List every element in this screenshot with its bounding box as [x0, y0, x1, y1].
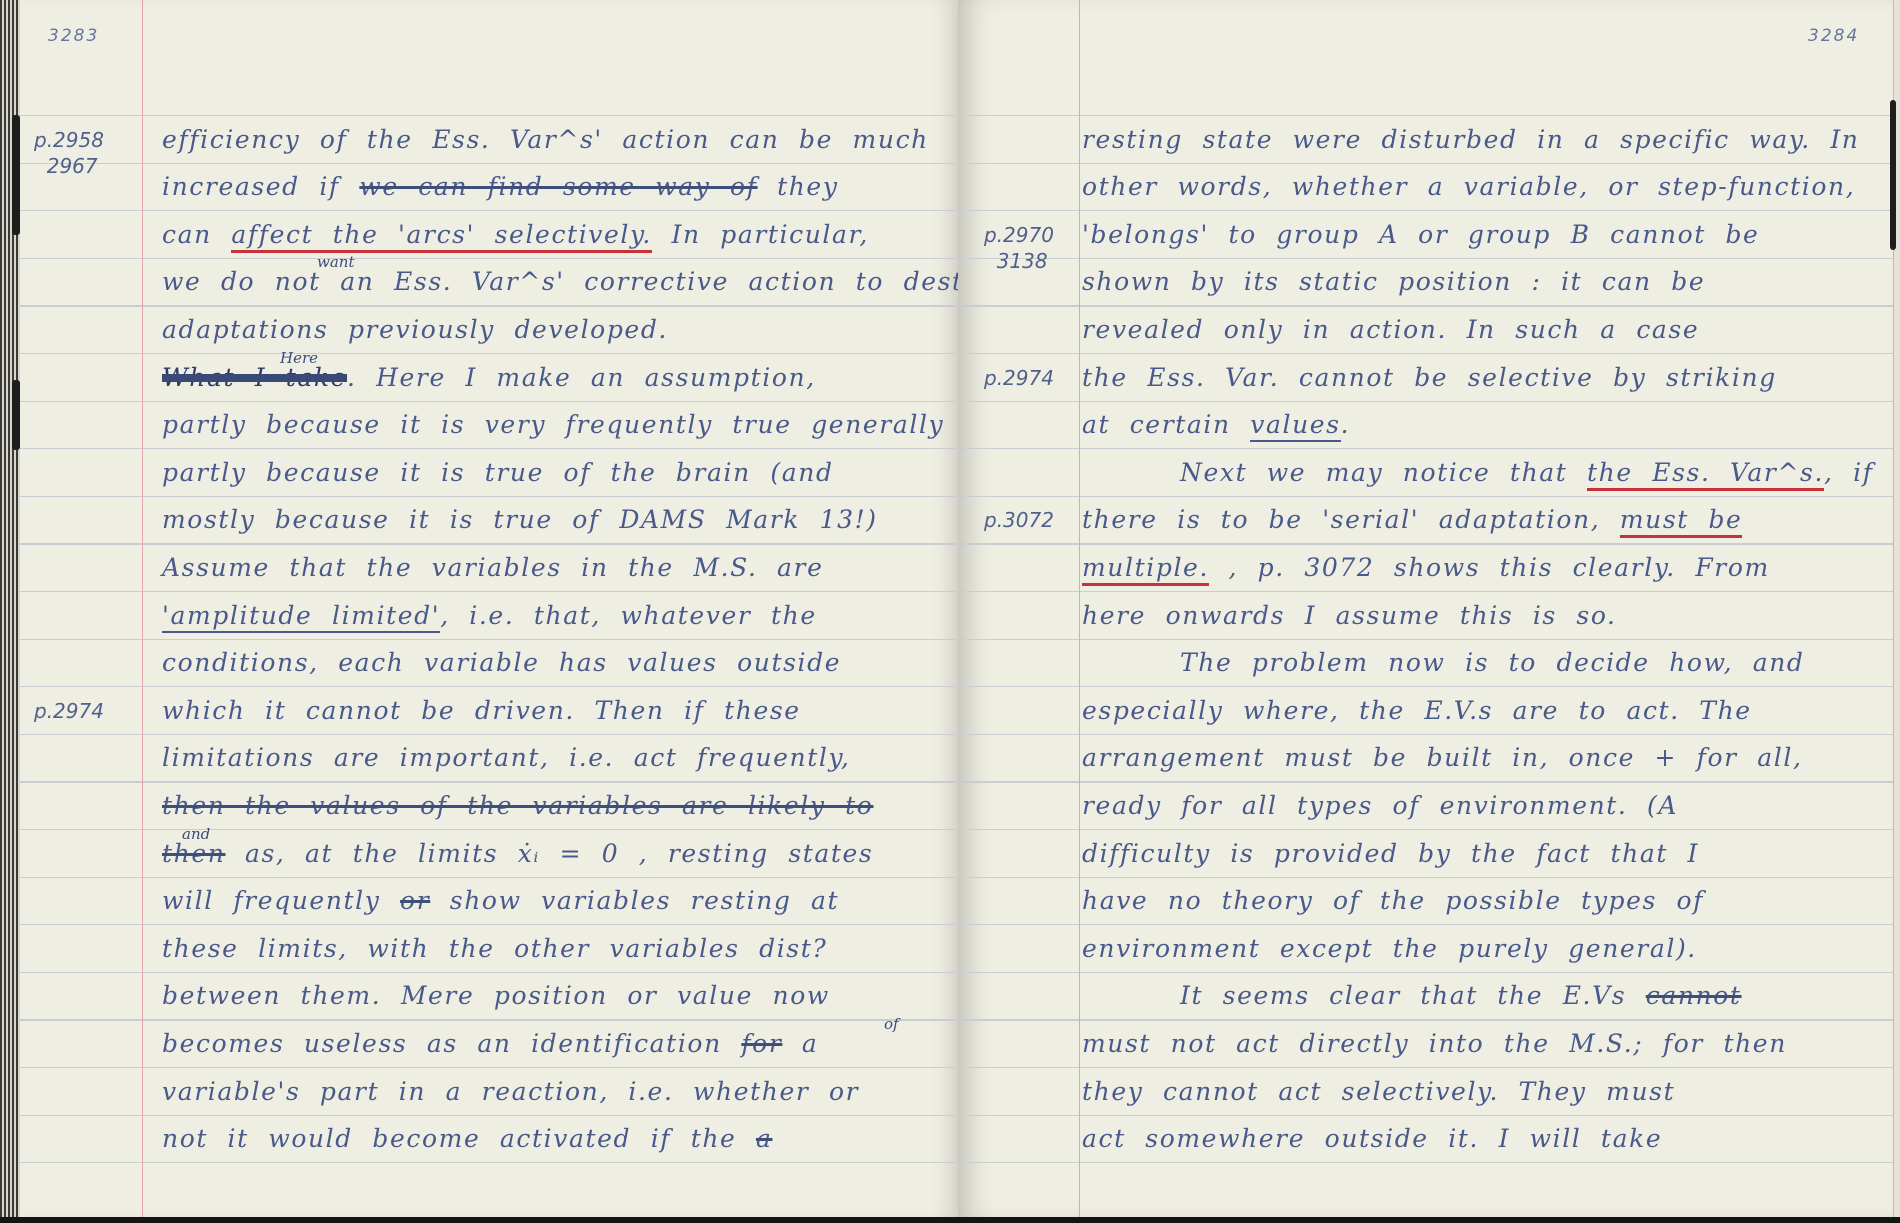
handwritten-line: these limits, with the other variables d…: [162, 934, 827, 964]
line-text: conditions, each variable has values out…: [162, 648, 841, 677]
rule-line: [958, 1019, 1893, 1020]
line-text: , p. 3072 shows this clearly. From: [1209, 553, 1770, 582]
inserted-word: of: [884, 1015, 899, 1033]
handwritten-line: act somewhere outside it. I will take: [1082, 1124, 1662, 1154]
margin-reference: p.2970 3138: [984, 222, 1054, 274]
handwritten-line: mostly because it is true of DAMS Mark 1…: [162, 505, 878, 535]
handwritten-line: limitations are important, i.e. act freq…: [162, 743, 850, 773]
line-text: . Here I make an assumption,: [347, 363, 816, 392]
rule-line: [958, 686, 1893, 687]
rule-line: [958, 1067, 1893, 1068]
struck-out-text: then the values of the variables are lik…: [162, 791, 873, 820]
line-text: increased if: [162, 172, 359, 201]
line-text: these limits, with the other variables d…: [162, 934, 827, 963]
line-text: adaptations previously developed.: [162, 315, 668, 344]
line-text: In particular,: [652, 220, 869, 249]
handwritten-line: will frequently or show variables restin…: [162, 886, 839, 916]
handwritten-line: difficulty is provided by the fact that …: [1082, 839, 1699, 869]
rule-line: [958, 353, 1893, 354]
line-text: can: [162, 220, 231, 249]
rule-line: [958, 401, 1893, 402]
line-text: at certain: [1082, 410, 1250, 439]
rule-line: [20, 305, 958, 306]
rule-line: [20, 401, 958, 402]
rule-line: [20, 972, 958, 973]
rule-line: [958, 115, 1893, 116]
rule-line: [958, 877, 1893, 878]
rule-line: [958, 1115, 1893, 1116]
rule-line: [958, 591, 1893, 592]
handwritten-line: becomes useless as an identification for…: [162, 1029, 818, 1059]
handwritten-line: which it cannot be driven. Then if these: [162, 696, 801, 726]
margin-reference: p.2958 2967: [34, 127, 104, 179]
line-text: mostly because it is true of DAMS Mark 1…: [162, 505, 878, 534]
rule-line: [958, 258, 1893, 259]
line-text: efficiency of the Ess. Var^s' action can…: [162, 125, 929, 154]
handwritten-line: shown by its static position : it can be: [1082, 267, 1705, 297]
handwritten-line: Next we may notice that the Ess. Var^s.,…: [1180, 458, 1874, 488]
rule-line: [20, 1115, 958, 1116]
line-text: between them. Mere position or value now: [162, 981, 830, 1010]
line-text: must not act directly into the M.S.; for…: [1082, 1029, 1787, 1058]
struck-out-text: we can find some way of: [359, 172, 757, 201]
rule-line: [20, 448, 958, 449]
rule-line: [20, 924, 958, 925]
underlined-text: 'amplitude limited': [162, 601, 440, 633]
rule-line: [20, 877, 958, 878]
line-text: there is to be 'serial' adaptation,: [1082, 505, 1620, 534]
handwritten-line: multiple. , p. 3072 shows this clearly. …: [1082, 553, 1770, 583]
line-text: variable's part in a reaction, i.e. whet…: [162, 1077, 859, 1106]
handwritten-line: between them. Mere position or value now: [162, 981, 830, 1011]
margin-line: [142, 0, 143, 1217]
line-text: especially where, the E.V.s are to act. …: [1082, 696, 1752, 725]
binding-stain: [1890, 100, 1896, 250]
line-text: show variables resting at: [430, 886, 839, 915]
line-text: an Ess. Var^s' corrective action to dest…: [340, 267, 958, 296]
rule-line: [20, 496, 958, 497]
handwritten-line: partly because it is true of the brain (…: [162, 458, 834, 488]
red-underlined-text: the Ess. Var^s.: [1587, 458, 1824, 491]
line-text: partly because it is true of the brain (…: [162, 458, 834, 487]
rule-line: [20, 639, 958, 640]
page-number: 3283: [48, 26, 99, 46]
line-text: Assume that the variables in the M.S. ar…: [162, 553, 824, 582]
handwritten-line: then the values of the variables are lik…: [162, 791, 873, 821]
line-text: they: [758, 172, 839, 201]
red-underlined-text: multiple.: [1082, 553, 1209, 586]
struck-out-text: or: [400, 886, 430, 915]
handwritten-line: the Ess. Var. cannot be selective by str…: [1082, 363, 1777, 393]
binding-stain: [12, 115, 20, 235]
binding-stain: [12, 380, 20, 450]
rule-line: [958, 1162, 1893, 1163]
handwritten-line: variable's part in a reaction, i.e. whet…: [162, 1077, 859, 1107]
rule-line: [20, 210, 958, 211]
line-text: will frequently: [162, 886, 400, 915]
line-text: 'belongs' to group A or group B cannot b…: [1082, 220, 1759, 249]
rule-line: [20, 115, 958, 116]
handwritten-line: ready for all types of environment. (A: [1082, 791, 1678, 821]
rule-line: [20, 353, 958, 354]
line-text: we do not: [162, 267, 340, 296]
line-text: becomes useless as an identification: [162, 1029, 741, 1058]
line-text: Next we may notice that: [1180, 458, 1587, 487]
rule-line: [958, 972, 1893, 973]
rule-line: [20, 1067, 958, 1068]
handwritten-line: here onwards I assume this is so.: [1082, 601, 1617, 631]
struck-out-text: for: [741, 1029, 782, 1058]
line-text: limitations are important, i.e. act freq…: [162, 743, 850, 772]
rule-line: [958, 829, 1893, 830]
handwritten-line: must not act directly into the M.S.; for…: [1082, 1029, 1787, 1059]
handwritten-line: The problem now is to decide how, and: [1180, 648, 1805, 678]
handwritten-line: increased if we can find some way of the…: [162, 172, 839, 202]
line-text: ready for all types of environment. (A: [1082, 791, 1678, 820]
rule-line: [20, 829, 958, 830]
handwritten-line: conditions, each variable has values out…: [162, 648, 841, 678]
notebook-spread: 3283 p.2958 2967p.2974 efficiency of the…: [0, 0, 1900, 1217]
left-page: 3283 p.2958 2967p.2974 efficiency of the…: [20, 0, 958, 1217]
line-text: the Ess. Var. cannot be selective by str…: [1082, 363, 1777, 392]
rule-line: [20, 258, 958, 259]
red-underlined-text: must be: [1620, 505, 1743, 538]
handwritten-line: then as, at the limits ẋᵢ = 0 , resting …: [162, 839, 873, 869]
line-text: , i.e. that, whatever the: [440, 601, 817, 630]
rule-line: [20, 734, 958, 735]
rule-line: [958, 496, 1893, 497]
struck-out-text: What I take: [162, 363, 347, 393]
line-text: .: [1341, 410, 1351, 439]
handwritten-line: have no theory of the possible types of: [1082, 886, 1704, 916]
struck-out-text: cannot: [1646, 981, 1742, 1010]
handwritten-line: Assume that the variables in the M.S. ar…: [162, 553, 824, 583]
rule-line: [958, 543, 1893, 544]
rule-line: [20, 686, 958, 687]
line-text: revealed only in action. In such a case: [1082, 315, 1699, 344]
handwritten-line: partly because it is very frequently tru…: [162, 410, 944, 440]
handwritten-line: environment except the purely general).: [1082, 934, 1697, 964]
line-text: which it cannot be driven. Then if these: [162, 696, 801, 725]
rule-line: [958, 210, 1893, 211]
handwritten-line: efficiency of the Ess. Var^s' action can…: [162, 125, 929, 155]
rule-line: [958, 639, 1893, 640]
handwritten-line: not it would become activated if the a: [162, 1124, 773, 1154]
page-number: 3284: [1808, 26, 1859, 46]
right-page: 3284 p.2970 3138p.2974p.3072 resting sta…: [958, 0, 1893, 1217]
line-text: here onwards I assume this is so.: [1082, 601, 1617, 630]
line-text: act somewhere outside it. I will take: [1082, 1124, 1662, 1153]
rule-line: [20, 163, 958, 164]
rule-line: [20, 1162, 958, 1163]
rule-line: [20, 591, 958, 592]
line-text: partly because it is very frequently tru…: [162, 410, 944, 439]
line-text: difficulty is provided by the fact that …: [1082, 839, 1699, 868]
rule-line: [958, 924, 1893, 925]
handwritten-line: resting state were disturbed in a specif…: [1082, 125, 1860, 155]
rule-line: [958, 734, 1893, 735]
handwritten-line: 'amplitude limited', i.e. that, whatever…: [162, 601, 817, 631]
margin-reference: p.3072: [984, 507, 1054, 533]
handwritten-line: It seems clear that the E.Vs cannot: [1180, 981, 1742, 1011]
rule-line: [958, 163, 1893, 164]
handwritten-line: they cannot act selectively. They must: [1082, 1077, 1675, 1107]
handwritten-line: other words, whether a variable, or step…: [1082, 172, 1855, 202]
line-text: as, at the limits ẋᵢ = 0 , resting state…: [225, 839, 873, 868]
line-text: The problem now is to decide how, and: [1180, 648, 1805, 677]
rule-line: [20, 1019, 958, 1020]
struck-out-text: a: [756, 1124, 773, 1153]
handwritten-line: What I take. Here I make an assumption,: [162, 363, 816, 393]
rule-line: [958, 305, 1893, 306]
handwritten-line: 'belongs' to group A or group B cannot b…: [1082, 220, 1759, 250]
red-underlined-text: affect the 'arcs' selectively.: [231, 220, 652, 253]
line-text: not it would become activated if the: [162, 1124, 756, 1153]
handwritten-line: revealed only in action. In such a case: [1082, 315, 1699, 345]
margin-reference: p.2974: [984, 365, 1054, 391]
margin-line: [1079, 0, 1080, 1217]
handwritten-line: adaptations previously developed.: [162, 315, 668, 345]
line-text: resting state were disturbed in a specif…: [1082, 125, 1860, 154]
line-text: shown by its static position : it can be: [1082, 267, 1705, 296]
rule-line: [20, 781, 958, 782]
handwritten-line: there is to be 'serial' adaptation, must…: [1082, 505, 1742, 535]
handwritten-line: we do not an Ess. Var^s' corrective acti…: [162, 267, 958, 297]
underlined-text: values: [1250, 410, 1340, 442]
rule-line: [20, 543, 958, 544]
line-text: other words, whether a variable, or step…: [1082, 172, 1855, 201]
line-text: environment except the purely general).: [1082, 934, 1697, 963]
struck-out-text: then: [162, 839, 225, 868]
line-text: arrangement must be built in, once + for…: [1082, 743, 1803, 772]
handwritten-line: arrangement must be built in, once + for…: [1082, 743, 1803, 773]
line-text: have no theory of the possible types of: [1082, 886, 1704, 915]
line-text: they cannot act selectively. They must: [1082, 1077, 1675, 1106]
margin-reference: p.2974: [34, 698, 104, 724]
line-text: , if: [1824, 458, 1874, 487]
rule-line: [958, 781, 1893, 782]
line-text: It seems clear that the E.Vs: [1180, 981, 1646, 1010]
handwritten-line: at certain values.: [1082, 410, 1350, 440]
line-text: a: [782, 1029, 818, 1058]
handwritten-line: can affect the 'arcs' selectively. In pa…: [162, 220, 869, 250]
rule-line: [958, 448, 1893, 449]
handwritten-line: especially where, the E.V.s are to act. …: [1082, 696, 1752, 726]
